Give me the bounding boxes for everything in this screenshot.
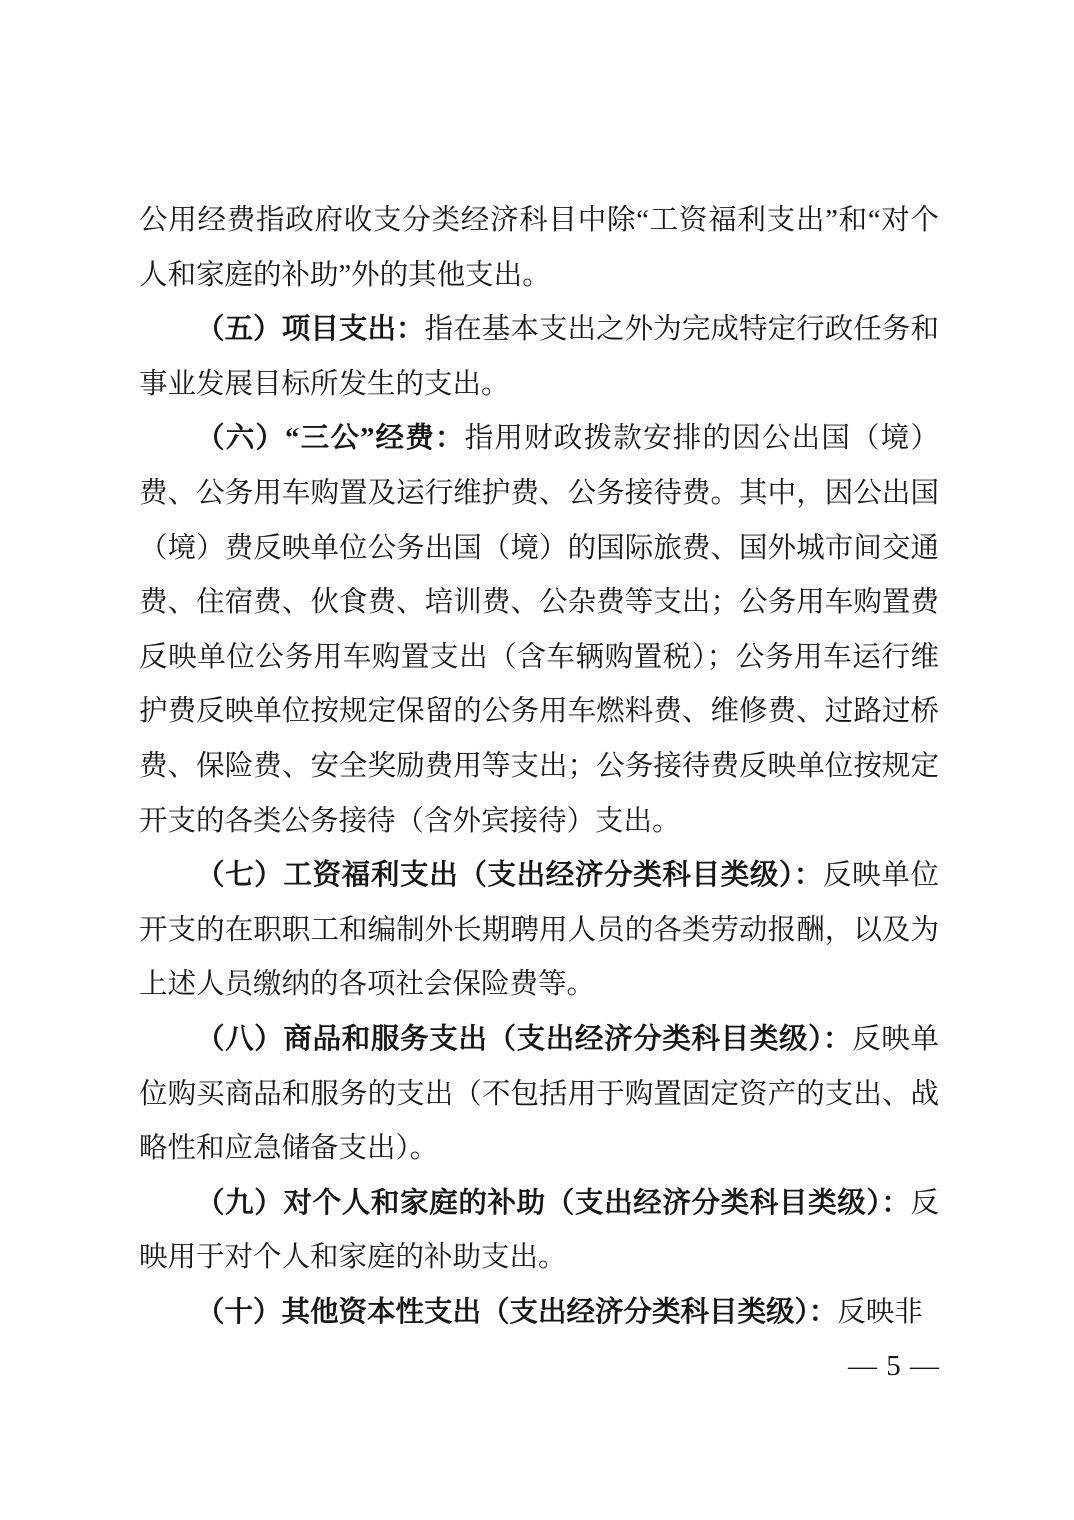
document-body: 公用经费指政府收支分类经济科目中除“工资福利支出”和“对个人和家庭的补助”外的其… (139, 194, 939, 1340)
paragraph-lead: （九）对个人和家庭的补助（支出经济分类科目类级）： (196, 1188, 910, 1219)
paragraph-lead: （十）其他资本性支出（支出经济分类科目类级）： (196, 1297, 837, 1328)
paragraph-text: 反映非 (837, 1297, 923, 1328)
paragraph-item-7-wage-welfare-expenditure: （七）工资福利支出（支出经济分类科目类级）：反映单位开支的在职职工和编制外长期聘… (139, 849, 939, 1013)
paragraph-item-8-goods-services-expenditure: （八）商品和服务支出（支出经济分类科目类级）：反映单位购买商品和服务的支出（不包… (139, 1013, 939, 1177)
paragraph-lead: （六）“三公”经费： (196, 423, 465, 454)
paragraph-item-10-other-capital-expenditure: （十）其他资本性支出（支出经济分类科目类级）：反映非 (139, 1286, 939, 1341)
paragraph-item-9-individual-family-subsidies: （九）对个人和家庭的补助（支出经济分类科目类级）：反映用于对个人和家庭的补助支出… (139, 1177, 939, 1286)
paragraph-lead: （八）商品和服务支出（支出经济分类科目类级）： (196, 1024, 852, 1055)
paragraph-lead: （七）工资福利支出（支出经济分类科目类级）： (196, 860, 823, 891)
paragraph-item-6-three-public-funds: （六）“三公”经费：指用财政拨款安排的因公出国（境）费、公务用车购置及运行维护费… (139, 412, 939, 849)
document-page: 公用经费指政府收支分类经济科目中除“工资福利支出”和“对个人和家庭的补助”外的其… (0, 0, 1074, 1520)
paragraph-public-funds-continuation: 公用经费指政府收支分类经济科目中除“工资福利支出”和“对个人和家庭的补助”外的其… (139, 194, 939, 303)
page-number: — 5 — (848, 1349, 940, 1384)
paragraph-lead: （五）项目支出： (196, 314, 425, 345)
paragraph-text: 公用经费指政府收支分类经济科目中除“工资福利支出”和“对个人和家庭的补助”外的其… (139, 205, 939, 291)
paragraph-item-5-project-expenditure: （五）项目支出：指在基本支出之外为完成特定行政任务和事业发展目标所发生的支出。 (139, 303, 939, 412)
paragraph-text: 指用财政拨款安排的因公出国（境）费、公务用车购置及运行维护费、公务接待费。其中，… (139, 423, 939, 836)
